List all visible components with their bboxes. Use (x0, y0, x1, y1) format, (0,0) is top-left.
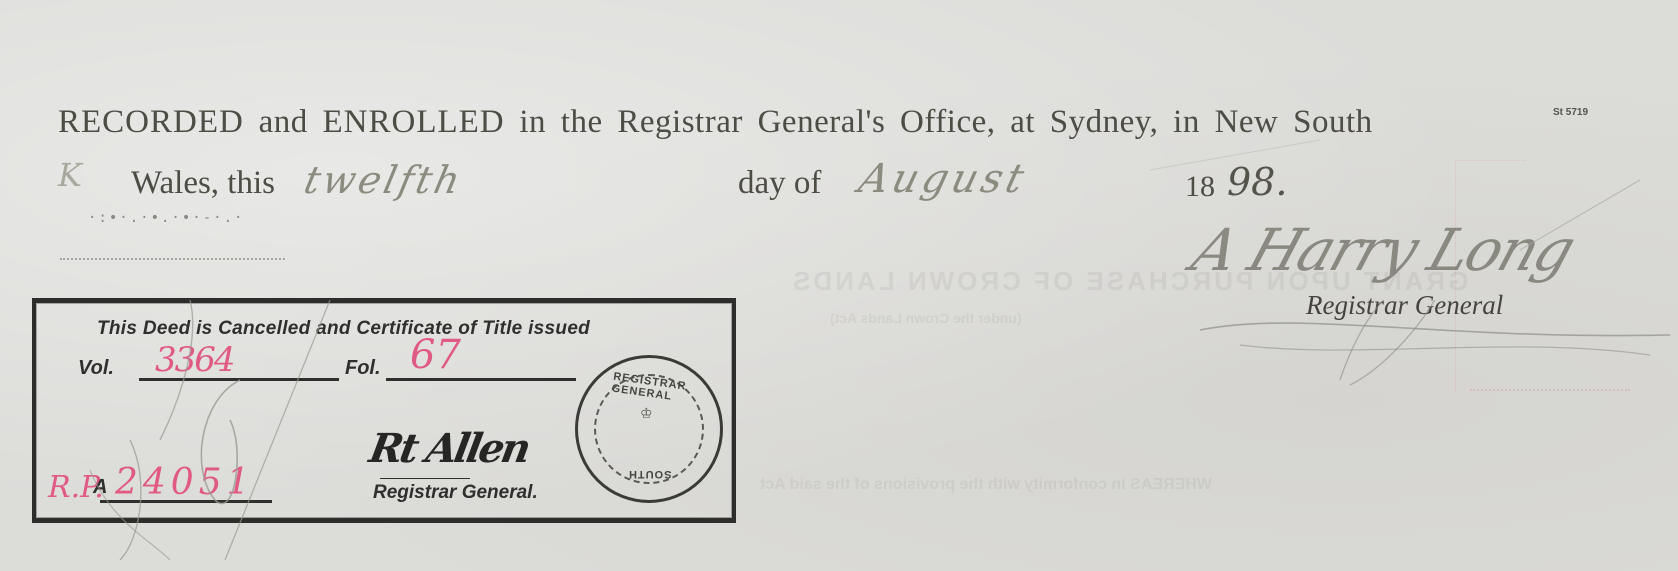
wales-this-text: Wales, this (131, 165, 275, 202)
ref-label: A (93, 476, 107, 499)
vol-label: Vol. (78, 357, 114, 380)
year-prefix: 18 (1185, 170, 1215, 204)
ref-value: 24051 (115, 462, 255, 503)
handwritten-month: August (854, 156, 1032, 202)
show-through-body: WHEREAS in conformity with the provision… (760, 476, 1212, 494)
form-number: St 5719 (1553, 107, 1588, 118)
registrar-seal: REGISTRAR GENERAL ♔ SOUTH (575, 355, 723, 503)
signature-flourish (1180, 300, 1678, 390)
stamp-signature-title: Registrar General. (373, 482, 538, 504)
enrollment-line-1: RECORDED and ENROLLED in the Registrar G… (58, 104, 1373, 141)
stamp-signature-line (380, 478, 470, 479)
crown-icon: ♔ (640, 406, 653, 423)
cancellation-header: This Deed is Cancelled and Certificate o… (97, 318, 590, 340)
stamp-signature: Rt Allen (366, 425, 532, 472)
vol-value: 3364 (155, 340, 234, 380)
enrolled-word: ENROLLED (323, 104, 505, 140)
show-through-subheading: (under the Crown Lands Act) (830, 310, 1022, 326)
fol-label: Fol. (345, 357, 381, 380)
faded-stamp-marks: ·:•·.·•.·•·-·.· (88, 210, 244, 226)
fol-value: 67 (410, 332, 461, 378)
recorded-word: RECORDED (58, 104, 244, 140)
office-clause: in the Registrar General's Office, at Sy… (519, 104, 1372, 140)
seal-bottom-text: SOUTH (628, 468, 672, 480)
handwritten-year: 98. (1227, 160, 1287, 204)
and-word: and (259, 104, 308, 140)
fol-underline (386, 378, 576, 381)
day-of-text: day of (738, 165, 821, 202)
margin-initial: K (58, 156, 82, 194)
registrar-signature: A Harry Long (1184, 216, 1582, 284)
handwritten-day: twelfth (300, 158, 467, 202)
